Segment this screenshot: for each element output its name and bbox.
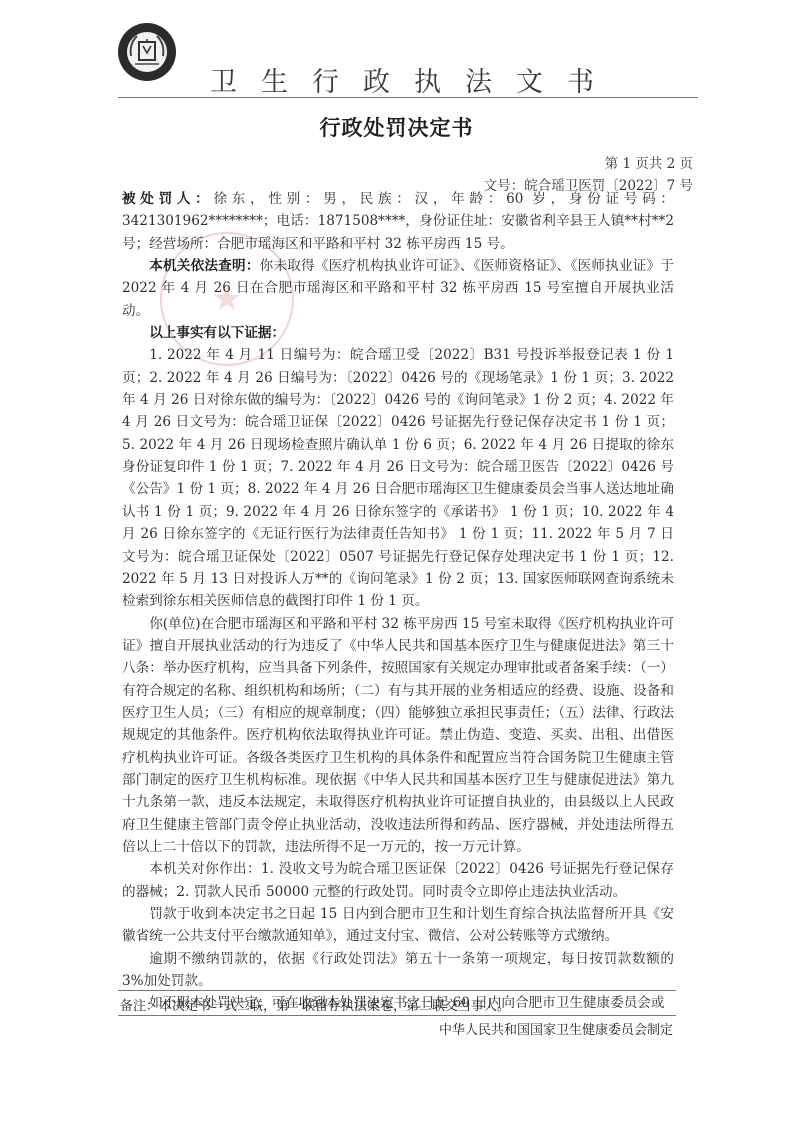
footer-divider-top [118, 990, 676, 991]
party-label: 被处罚人： [122, 191, 213, 207]
late-penalty-paragraph: 逾期不缴纳罚款的，依据《行政处罚法》第五十一条第一项规定，每日按罚款数额的 3%… [122, 948, 674, 993]
page-info: 第 1 页共 2 页 [605, 152, 693, 172]
document-body: 被处罚人：徐东，性别：男，民族：汉，年龄：60 岁，身份证号码：34213019… [122, 188, 674, 1015]
footer-issuer: 中华人民共和国国家卫生健康委员会制定 [439, 1019, 673, 1038]
party-paragraph: 被处罚人：徐东，性别：男，民族：汉，年龄：60 岁，身份证号码：34213019… [122, 188, 674, 255]
payment-paragraph: 罚款于收到本决定书之日起 15 日内到合肥市卫生和计划生育综合执法监督所开具《安… [122, 903, 674, 948]
footer-note: 备注：本决定书一式二联，第一联留存执法案卷，第二联交当事人。 [120, 995, 510, 1014]
evidence-heading: 以上事实有以下证据： [122, 322, 674, 344]
findings-label: 本机关依法查明： [149, 258, 259, 274]
emblem-icon [117, 22, 177, 82]
header-title: 卫生行政执法文书 [210, 60, 618, 99]
violation-paragraph: 你(单位)在合肥市瑶海区和平路和平村 32 栋平房西 15 号室未取得《医疗机构… [122, 613, 674, 859]
document-title: 行政处罚决定书 [0, 112, 793, 142]
evidence-label: 以上事实有以下证据： [149, 325, 285, 341]
evidence-list: 1. 2022 年 4 月 11 日编号为：皖合瑶卫受〔2022〕B31 号投诉… [122, 344, 674, 612]
header-divider [118, 97, 698, 98]
decision-paragraph: 本机关对你作出：1. 没收文号为皖合瑶卫医证保〔2022〕0426 号证据先行登… [122, 858, 674, 903]
findings-paragraph: 本机关依法查明：你未取得《医疗机构执业许可证》、《医师资格证》、《医师执业证》于… [122, 255, 674, 322]
footer-divider-bottom [118, 1015, 676, 1016]
